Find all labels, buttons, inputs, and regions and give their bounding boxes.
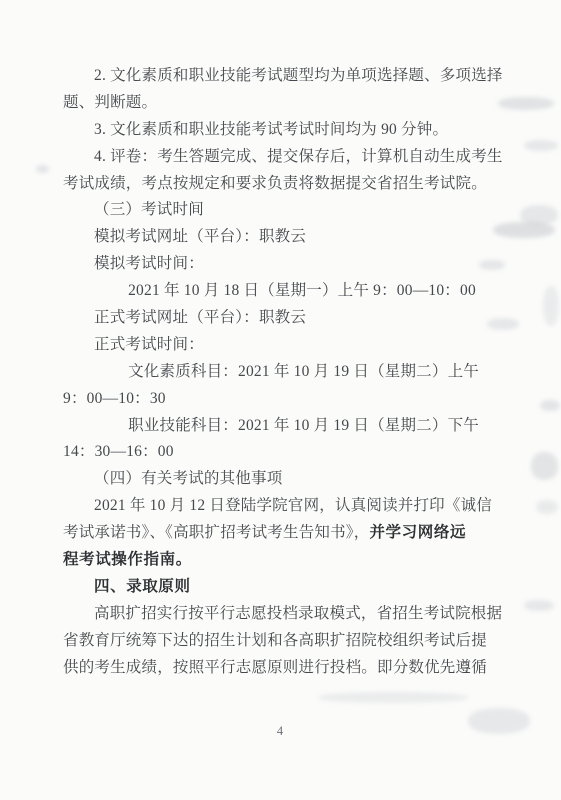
text-line: 高职扩招实行按平行志愿投档录取模式，省招生考试院根据 — [63, 601, 515, 628]
text-line: 14：30—16：00 — [63, 439, 515, 466]
text-segment: 2. 文化素质和职业技能考试题型均为单项选择题、多项选择 — [94, 67, 503, 84]
page-number: 4 — [0, 724, 561, 739]
document-page: 2. 文化素质和职业技能考试题型均为单项选择题、多项选择题、判断题。3. 文化素… — [0, 0, 561, 800]
text-segment: 供的考生成绩，按照平行志愿原则进行投档。即分数优先遵循 — [63, 659, 487, 676]
bleed-through-artifact — [531, 452, 558, 480]
bleed-through-artifact — [540, 400, 560, 411]
text-line: 供的考生成绩，按照平行志愿原则进行投档。即分数优先遵循 — [63, 655, 515, 682]
text-segment: 2021 年 10 月 18 日（星期一）上午 9：00—10：00 — [128, 282, 476, 299]
text-segment: 正式考试网址（平台）：职教云 — [94, 309, 306, 326]
text-line: 职业技能科目：2021 年 10 月 19 日（星期二）下午 — [63, 413, 515, 440]
text-line: （三）考试时间 — [63, 197, 515, 224]
text-segment: 职业技能科目：2021 年 10 月 19 日（星期二）下午 — [128, 417, 479, 434]
text-segment: 高职扩招实行按平行志愿投档录取模式，省招生考试院根据 — [94, 605, 502, 622]
text-line: 2021 年 10 月 12 日登陆学院官网，认真阅读并打印《诚信 — [63, 493, 515, 520]
text-line: 正式考试时间： — [63, 332, 515, 359]
text-segment: （四）有关考试的其他事项 — [94, 470, 282, 487]
text-segment-bold: 四、录取原则 — [94, 578, 191, 595]
text-segment: 文化素质科目：2021 年 10 月 19 日（星期二）上午 — [128, 363, 479, 380]
document-body: 2. 文化素质和职业技能考试题型均为单项选择题、多项选择题、判断题。3. 文化素… — [63, 63, 515, 681]
text-line: 模拟考试时间： — [63, 251, 515, 278]
text-line: 2. 文化素质和职业技能考试题型均为单项选择题、多项选择 — [63, 63, 515, 90]
text-line: 考试承诺书》、《高职扩招考试考生告知书》，并学习网络远 — [63, 520, 515, 547]
bleed-through-artifact — [318, 692, 468, 703]
bleed-through-artifact — [520, 205, 558, 225]
text-line: 4. 评卷：考生答题完成、提交保存后，计算机自动生成考生 — [63, 144, 515, 171]
text-line: 四、录取原则 — [63, 574, 515, 601]
bleed-through-artifact — [536, 500, 558, 514]
text-segment: 4. 评卷：考生答题完成、提交保存后，计算机自动生成考生 — [94, 148, 503, 165]
text-line: 题、判断题。 — [63, 90, 515, 117]
text-segment: 正式考试时间： — [94, 336, 204, 353]
text-segment-bold: 并学习网络远 — [369, 524, 466, 541]
text-segment: 考试成绩，考点按规定和要求负责将数据提交省招生考试院。 — [63, 175, 487, 192]
text-segment: 考试承诺书》、《高职扩招考试考生告知书》， — [63, 524, 369, 541]
text-segment: 3. 文化素质和职业技能考试考试时间均为 90 分钟。 — [94, 121, 448, 138]
text-segment: 14：30—16：00 — [63, 443, 174, 460]
text-line: 2021 年 10 月 18 日（星期一）上午 9：00—10：00 — [63, 278, 515, 305]
text-line: 省教育厅统筹下达的招生计划和各高职扩招院校组织考试后提 — [63, 628, 515, 655]
text-segment: 省教育厅统筹下达的招生计划和各高职扩招院校组织考试后提 — [63, 632, 487, 649]
text-segment: 9：00—10：30 — [63, 390, 166, 407]
text-segment-bold: 程考试操作指南。 — [63, 551, 192, 568]
bleed-through-artifact — [543, 286, 559, 326]
text-segment: 模拟考试时间： — [94, 255, 204, 272]
text-line: 9：00—10：30 — [63, 386, 515, 413]
text-line: 正式考试网址（平台）：职教云 — [63, 305, 515, 332]
text-line: 考试成绩，考点按规定和要求负责将数据提交省招生考试院。 — [63, 171, 515, 198]
text-line: （四）有关考试的其他事项 — [63, 466, 515, 493]
text-segment: 2021 年 10 月 12 日登陆学院官网，认真阅读并打印《诚信 — [94, 497, 492, 514]
text-line: 程考试操作指南。 — [63, 547, 515, 574]
bleed-through-artifact — [524, 600, 554, 611]
bleed-through-artifact — [524, 140, 558, 151]
text-segment: （三）考试时间 — [94, 201, 204, 218]
text-segment: 模拟考试网址（平台）：职教云 — [94, 228, 306, 245]
bleed-through-artifact — [36, 165, 49, 173]
text-line: 3. 文化素质和职业技能考试考试时间均为 90 分钟。 — [63, 117, 515, 144]
text-line: 模拟考试网址（平台）：职教云 — [63, 224, 515, 251]
text-segment: 题、判断题。 — [63, 94, 157, 111]
text-line: 文化素质科目：2021 年 10 月 19 日（星期二）上午 — [63, 359, 515, 386]
